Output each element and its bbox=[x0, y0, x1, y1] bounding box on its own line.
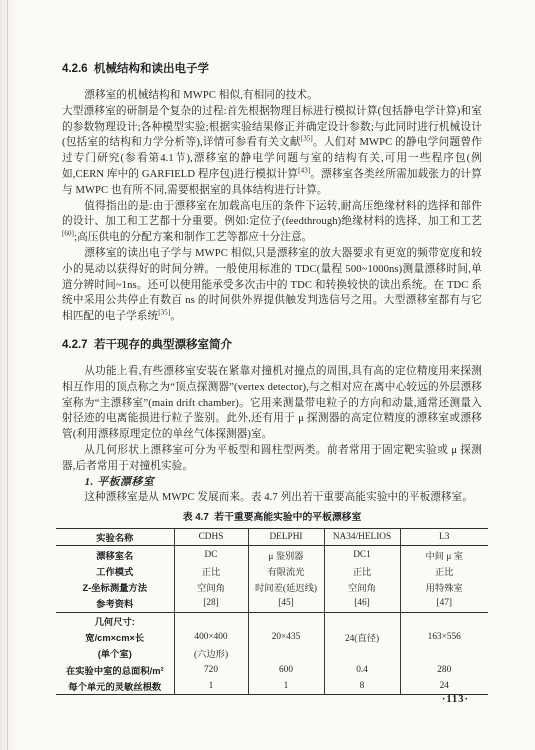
table-header-row: 实验名称CDHSDELPHINA34/HELIOSL3 bbox=[56, 529, 488, 546]
paragraph: 从功能上看,有些漂移室安装在紧靠对撞机对撞点的周围,具有高的定位精度用来探测相互… bbox=[62, 364, 482, 443]
table-cell: 有限流光 bbox=[248, 563, 324, 579]
table-cell: 163×556 bbox=[400, 629, 488, 645]
table-cell: 空间角 bbox=[324, 579, 400, 595]
row-label: 在实验中室的总面积/m² bbox=[56, 662, 174, 678]
table-cell: 正比 bbox=[174, 563, 248, 579]
section-heading-4-2-7: 4.2.7 若干现存的典型漂移室简介 bbox=[62, 338, 482, 353]
table-body: 漂移室名DCμ 鉴别器DC1中间 μ 室工作模式正比有限流光正比正比Z-坐标测量… bbox=[56, 546, 488, 695]
paragraph: 漂移室的机械结构和 MWPC 相似,有相同的技术。 bbox=[62, 88, 482, 104]
table-cell: DC1 bbox=[324, 546, 400, 563]
paragraph: 从几何形状上漂移室可分为平板型和圆柱型两类。前者常用于固定靶实验或 μ 探测器,… bbox=[62, 443, 482, 475]
row-label: 每个单元的灵敏丝根数 bbox=[56, 678, 174, 695]
row-label: 参考资料 bbox=[56, 595, 174, 612]
table-cell: [28] bbox=[174, 595, 248, 612]
table-row: 每个单元的灵敏丝根数11824 bbox=[56, 678, 488, 695]
table-cell: [47] bbox=[400, 595, 488, 612]
table-row: 实验名称CDHSDELPHINA34/HELIOSL3 bbox=[56, 529, 488, 546]
column-header-experiment: L3 bbox=[400, 529, 488, 546]
table-cell bbox=[324, 612, 400, 629]
table-cell: 0.4 bbox=[324, 662, 400, 678]
table-row: Z-坐标测量方法空间角时间差(延迟线)空间角用特殊室 bbox=[56, 579, 488, 595]
row-label: 工作模式 bbox=[56, 563, 174, 579]
table-cell: 24(直径) bbox=[324, 629, 400, 645]
paragraph: 大型漂移室的研制是个复杂的过程:首先根据物理目标进行模拟计算(包括静电学计算)和… bbox=[62, 104, 482, 199]
table-cell bbox=[248, 612, 324, 629]
table-cell: [46] bbox=[324, 595, 400, 612]
table-cell: μ 鉴别器 bbox=[248, 546, 324, 563]
section-heading-4-2-6: 4.2.6 机械结构和读出电子学 bbox=[62, 62, 482, 77]
page-number: ·113· bbox=[442, 694, 469, 705]
table-cell: [45] bbox=[248, 595, 324, 612]
table-caption: 表 4.7 若干重要高能实验中的平板漂移室 bbox=[62, 511, 482, 525]
table-cell: 400×400 bbox=[174, 629, 248, 645]
paragraph: 值得指出的是:由于漂移室在加载高电压的条件下运转,耐高压绝缘材料的选择和部件的设… bbox=[62, 199, 482, 246]
table-cell: 正比 bbox=[400, 563, 488, 579]
row-label: 宽/cm×cm×长 bbox=[56, 629, 174, 645]
table-cell bbox=[400, 645, 488, 661]
table-cell bbox=[400, 612, 488, 629]
table-cell bbox=[324, 645, 400, 661]
paragraph: 这种漂移室是从 MWPC 发展而来。表 4.7 列出若干重要高能实验中的平板漂移… bbox=[62, 490, 482, 506]
table-cell: 1 bbox=[248, 678, 324, 695]
table-row: 在实验中室的总面积/m²7206000.4280 bbox=[56, 662, 488, 678]
column-header-label: 实验名称 bbox=[56, 529, 174, 546]
table-row: (单个室)(六边形) bbox=[56, 645, 488, 661]
row-label: 几何尺寸: bbox=[56, 612, 174, 629]
planar-drift-chamber-table: 实验名称CDHSDELPHINA34/HELIOSL3 漂移室名DCμ 鉴别器D… bbox=[56, 528, 488, 695]
table-cell: 24 bbox=[400, 678, 488, 695]
table-cell: DC bbox=[174, 546, 248, 563]
list-item-subheading: 1. 平板漂移室 bbox=[62, 475, 482, 491]
section-4-2-7-paragraphs: 从功能上看,有些漂移室安装在紧靠对撞机对撞点的周围,具有高的定位精度用来探测相互… bbox=[62, 364, 482, 506]
column-header-experiment: DELPHI bbox=[248, 529, 324, 546]
table-cell bbox=[248, 645, 324, 661]
table-row: 参考资料[28][45][46][47] bbox=[56, 595, 488, 612]
table-cell: 20×435 bbox=[248, 629, 324, 645]
row-label: 漂移室名 bbox=[56, 546, 174, 563]
paragraph: 漂移室的读出电子学与 MWPC 相似,只是漂移室的放大器要求有更宽的频带宽度和较… bbox=[62, 246, 482, 325]
table-cell: 8 bbox=[324, 678, 400, 695]
row-label: Z-坐标测量方法 bbox=[56, 579, 174, 595]
table-row: 工作模式正比有限流光正比正比 bbox=[56, 563, 488, 579]
table-cell: 用特殊室 bbox=[400, 579, 488, 595]
table-cell: 720 bbox=[174, 662, 248, 678]
column-header-experiment: CDHS bbox=[174, 529, 248, 546]
table-row: 漂移室名DCμ 鉴别器DC1中间 μ 室 bbox=[56, 546, 488, 563]
table-cell: (六边形) bbox=[174, 645, 248, 661]
table-cell: 空间角 bbox=[174, 579, 248, 595]
table-cell: 时间差(延迟线) bbox=[248, 579, 324, 595]
scan-edge-line bbox=[7, 0, 8, 750]
table-cell: 中间 μ 室 bbox=[400, 546, 488, 563]
scanned-book-page: 4.2.6 机械结构和读出电子学 漂移室的机械结构和 MWPC 相似,有相同的技… bbox=[0, 0, 535, 750]
row-label: (单个室) bbox=[56, 645, 174, 661]
table-row: 几何尺寸: bbox=[56, 612, 488, 629]
section-4-2-6-paragraphs: 漂移室的机械结构和 MWPC 相似,有相同的技术。大型漂移室的研制是个复杂的过程… bbox=[62, 88, 482, 325]
table-row: 宽/cm×cm×长400×40020×43524(直径)163×556 bbox=[56, 629, 488, 645]
table-cell: 1 bbox=[174, 678, 248, 695]
table-cell bbox=[174, 612, 248, 629]
column-header-experiment: NA34/HELIOS bbox=[324, 529, 400, 546]
table-cell: 280 bbox=[400, 662, 488, 678]
page-content: 4.2.6 机械结构和读出电子学 漂移室的机械结构和 MWPC 相似,有相同的技… bbox=[62, 62, 482, 695]
table-cell: 正比 bbox=[324, 563, 400, 579]
table-cell: 600 bbox=[248, 662, 324, 678]
